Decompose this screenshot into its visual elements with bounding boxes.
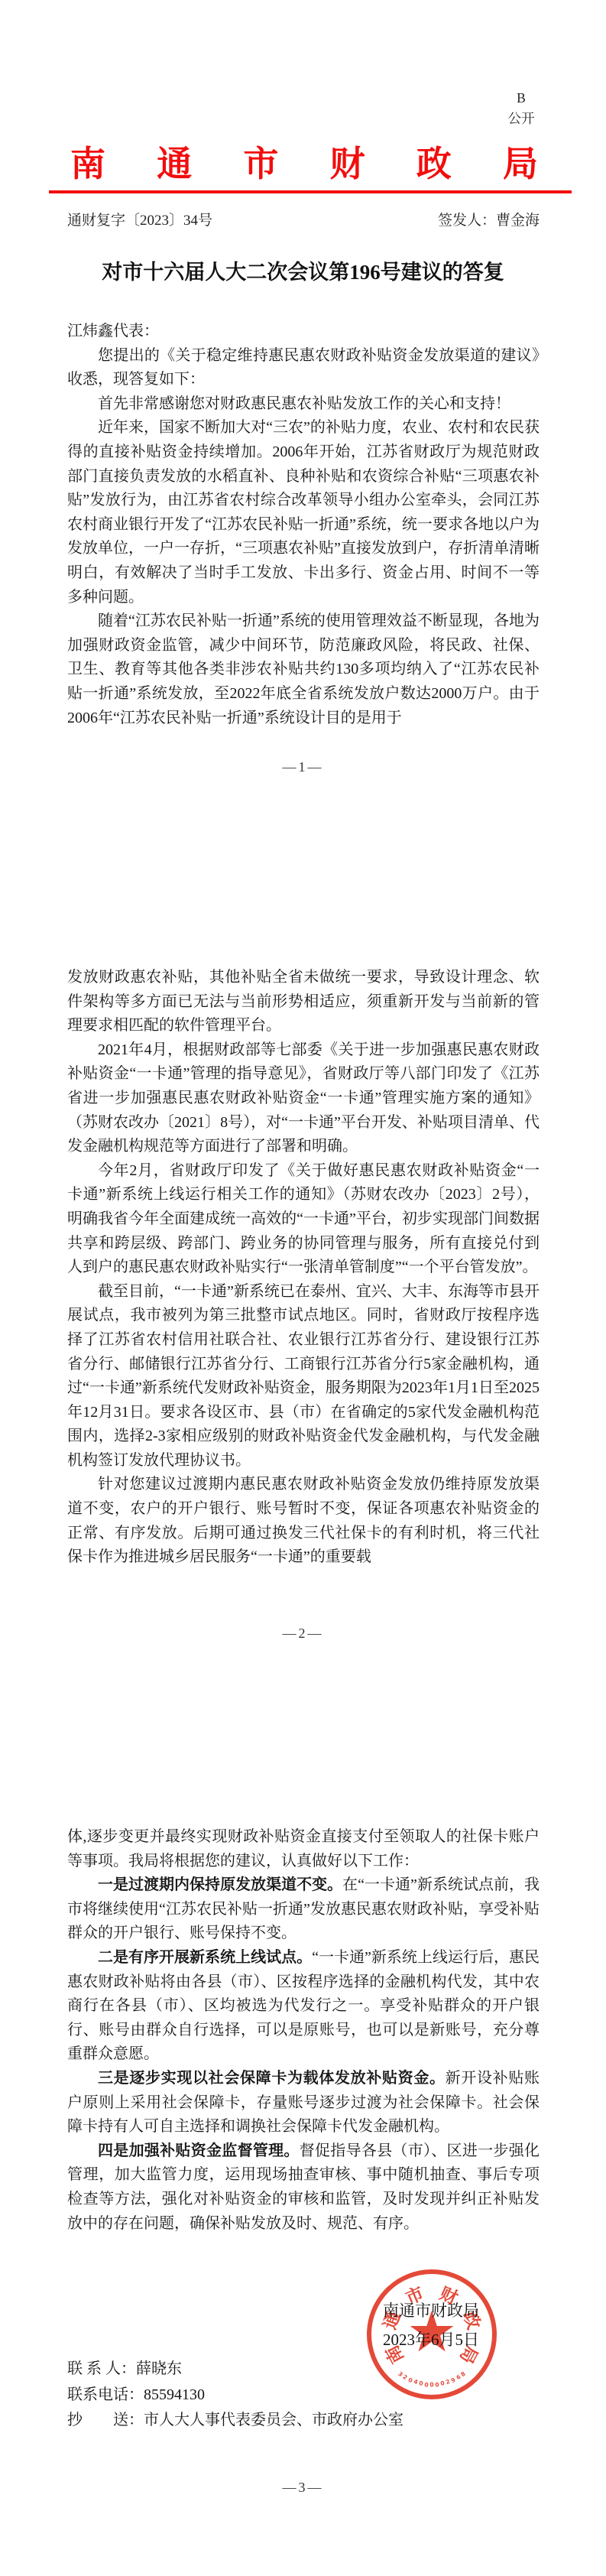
contact-person-row: 联 系 人：薛晓东 bbox=[67, 2357, 403, 2383]
contact-block: 联 系 人：薛晓东 联系电话：85594130 抄 送：市人大人事代表委员会、市… bbox=[67, 2357, 403, 2434]
header-divider-rule bbox=[49, 190, 572, 193]
document-number-row: 通财复字〔2023〕34号 签发人：曹金海 bbox=[67, 209, 540, 229]
signature-date: 2023年6月5日 bbox=[373, 2327, 489, 2350]
contact-person-label: 联 系 人： bbox=[67, 2360, 136, 2377]
issuing-org-title: 南通市财政局 bbox=[70, 136, 538, 187]
page-number-1: —1— bbox=[0, 759, 606, 775]
contact-phone-row: 联系电话：85594130 bbox=[67, 2383, 403, 2409]
official-document: B 公开 南通市财政局 通财复字〔2023〕34号 签发人：曹金海 对市十六届人… bbox=[0, 0, 606, 2576]
cc-recipients: 市人大人事代表委员会、市政府办公室 bbox=[144, 2412, 403, 2428]
page-2: 发放财政惠农补贴，其他补贴全省未做统一要求，导致设计理念、软件架构等多方面已无法… bbox=[0, 859, 606, 1717]
signer: 签发人：曹金海 bbox=[438, 209, 540, 229]
cc-row: 抄 送：市人大人事代表委员会、市政府办公室 bbox=[67, 2408, 403, 2434]
signer-name: 曹金海 bbox=[496, 213, 540, 229]
page-number-2: —2— bbox=[0, 1626, 606, 1642]
document-title: 对市十六届人大二次会议第196号建议的答复 bbox=[0, 255, 606, 285]
signer-label: 签发人： bbox=[438, 213, 496, 229]
contact-phone-number: 85594130 bbox=[144, 2386, 205, 2403]
classification-level: B bbox=[494, 88, 549, 109]
classification-block: B 公开 bbox=[494, 88, 549, 129]
page-1: B 公开 南通市财政局 通财复字〔2023〕34号 签发人：曹金海 对市十六届人… bbox=[0, 0, 606, 859]
contact-person-name: 薛晓东 bbox=[136, 2360, 182, 2377]
body-page-1: 江炜鑫代表：您提出的《关于稳定维持惠民惠农财政补贴资金发放渠道的建议》收悉，现答… bbox=[67, 320, 540, 730]
contact-phone-label: 联系电话： bbox=[67, 2386, 144, 2403]
publicity-mark: 公开 bbox=[494, 109, 549, 129]
cc-label: 抄 送： bbox=[67, 2412, 144, 2428]
page-number-3: —3— bbox=[0, 2480, 606, 2496]
body-page-3: 体,逐步变更并最终实现财政补贴资金直接支付至领取人的社保卡账户等事项。我局将根据… bbox=[67, 1825, 540, 2236]
body-page-2: 发放财政惠农补贴，其他补贴全省未做统一要求，导致设计理念、软件架构等多方面已无法… bbox=[67, 966, 540, 1570]
page-3: 体,逐步变更并最终实现财政补贴资金直接支付至领取人的社保卡账户等事项。我局将根据… bbox=[0, 1717, 606, 2576]
document-number: 通财复字〔2023〕34号 bbox=[67, 209, 212, 229]
signature-org: 南通市财政局 bbox=[373, 2298, 489, 2321]
